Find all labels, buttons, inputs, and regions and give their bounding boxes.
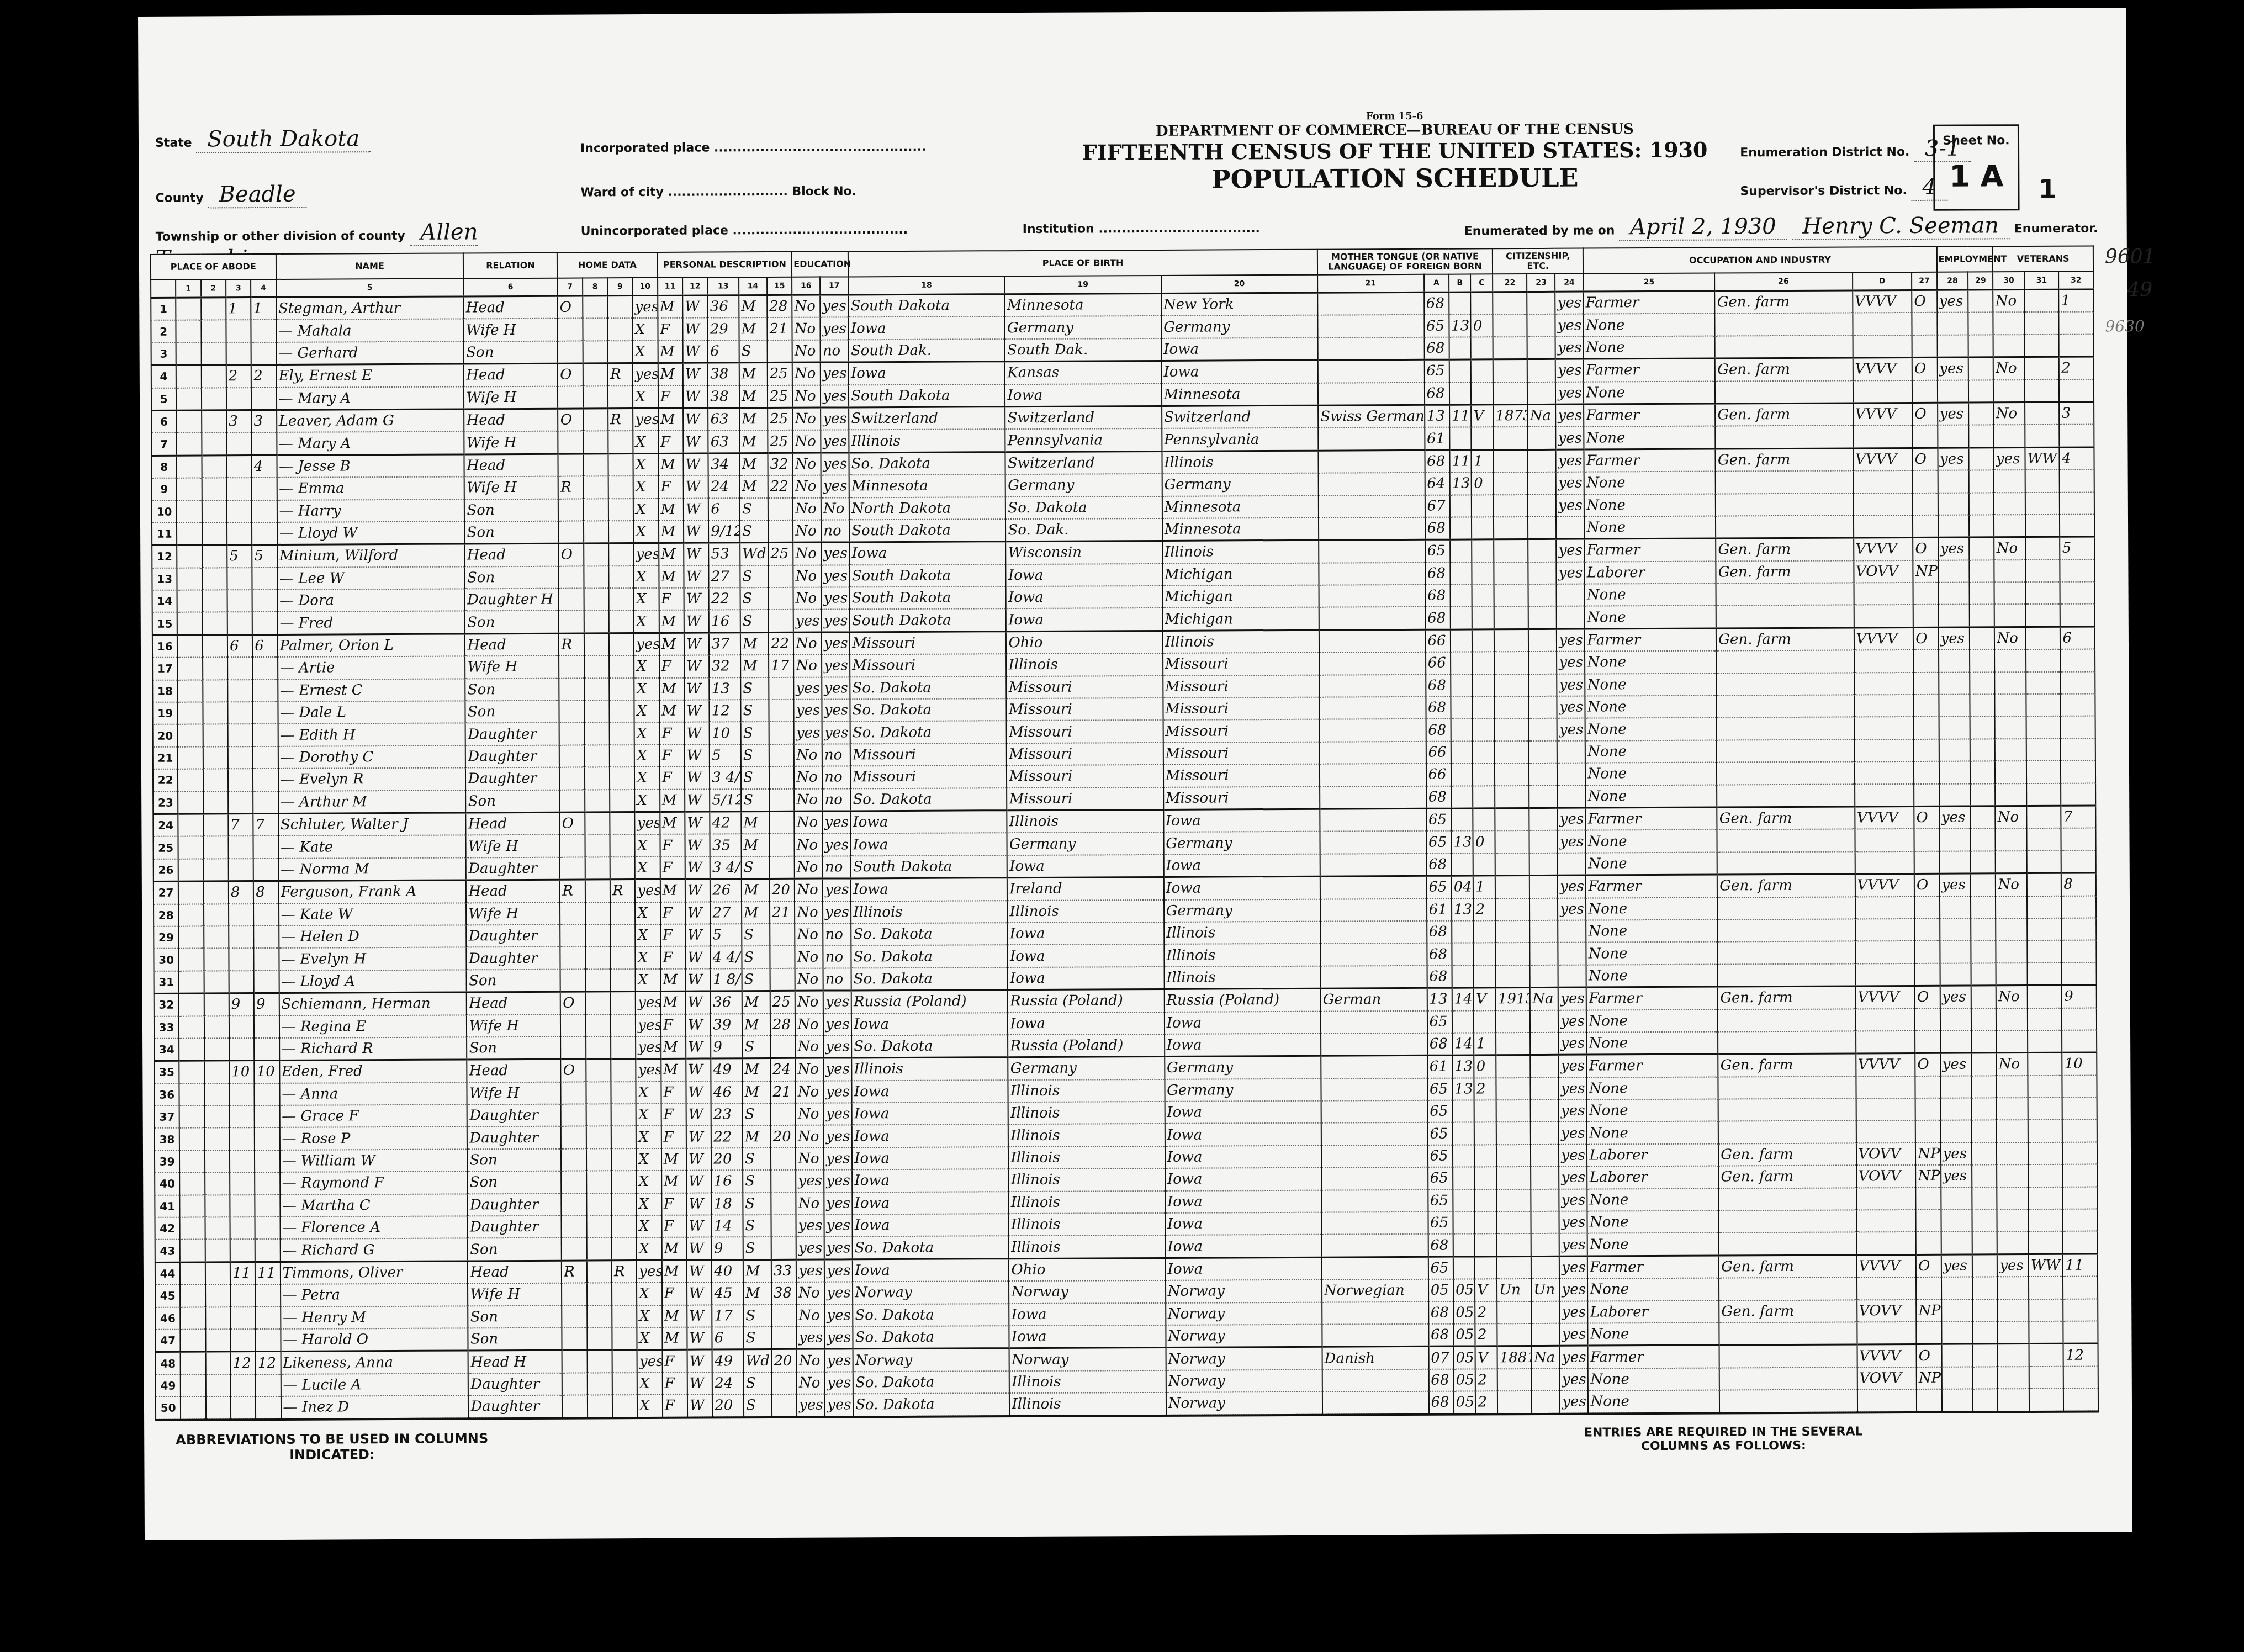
cell-race: W bbox=[685, 834, 710, 857]
cell-own bbox=[559, 656, 584, 679]
cell-war bbox=[2026, 761, 2061, 783]
cell-bpf: Iowa bbox=[1009, 1302, 1166, 1326]
cell-vet: No bbox=[1993, 357, 2025, 380]
cell-blank bbox=[176, 320, 201, 343]
cell-rel: Daughter bbox=[467, 1104, 561, 1127]
cell-blank bbox=[204, 971, 229, 993]
group-citizenship: CITIZENSHIP, ETC. bbox=[1493, 248, 1583, 274]
cell-vet bbox=[1998, 1389, 2029, 1411]
cell-yr bbox=[1494, 517, 1528, 539]
cell-name: — Richard R bbox=[279, 1037, 467, 1060]
cell-work bbox=[1940, 1008, 1971, 1031]
cell-read: yes bbox=[824, 1214, 853, 1237]
cell-age: 20 bbox=[711, 1148, 743, 1171]
township-label: Township or other division of county bbox=[156, 229, 405, 244]
cell-dw: 11 bbox=[230, 1262, 255, 1284]
cell-occ: None bbox=[1586, 1031, 1718, 1055]
cell-blank bbox=[205, 1240, 230, 1262]
cell-dw: 2 bbox=[226, 365, 251, 388]
cell-ind bbox=[1719, 1344, 1857, 1368]
cell-radio bbox=[608, 386, 633, 409]
cell-lang bbox=[1320, 764, 1426, 786]
cell-own bbox=[561, 1126, 586, 1149]
cell-yr bbox=[1494, 495, 1528, 517]
cell-war bbox=[2024, 289, 2058, 312]
cell-race: W bbox=[684, 476, 708, 499]
cell-cls bbox=[1913, 583, 1938, 605]
cell-farm: X bbox=[635, 902, 660, 924]
cell-war bbox=[2026, 806, 2061, 828]
cell-occ: Laborer bbox=[1587, 1166, 1719, 1189]
cell-fs bbox=[2061, 738, 2095, 761]
cell-sex: F bbox=[663, 1395, 687, 1417]
cell-rel: Daughter bbox=[465, 745, 559, 767]
cell-school: No bbox=[795, 901, 823, 924]
cell-eng: yes bbox=[1559, 1279, 1587, 1301]
cell-own: O bbox=[558, 409, 583, 431]
cell-cb bbox=[1453, 1234, 1475, 1257]
cell-age: 40 bbox=[712, 1260, 743, 1283]
cell-ind bbox=[1717, 784, 1854, 807]
cell-occ: None bbox=[1584, 314, 1715, 336]
cell-bpm: Michigan bbox=[1162, 563, 1319, 586]
cell-blank bbox=[178, 791, 203, 814]
cell-mar: M bbox=[739, 317, 767, 340]
institution-label: Institution bbox=[1023, 222, 1094, 236]
cell-ca: 66 bbox=[1426, 741, 1451, 764]
cell-blank bbox=[587, 1305, 612, 1328]
cell-bpm: Pennsylvania bbox=[1162, 428, 1318, 451]
cell-bp: So. Dakota bbox=[850, 721, 1007, 744]
cell-eng: yes bbox=[1559, 1211, 1587, 1234]
cell-radio: R bbox=[612, 1260, 637, 1283]
cell-blank bbox=[1970, 627, 1995, 650]
cell-rel: Head bbox=[464, 296, 558, 319]
cell-cls: O bbox=[1913, 627, 1938, 650]
cell-fam bbox=[255, 1127, 280, 1150]
cell-blank bbox=[202, 388, 226, 410]
cell-blank bbox=[179, 1150, 204, 1173]
cell-work bbox=[1940, 1120, 1972, 1143]
cell-ca: 61 bbox=[1425, 427, 1449, 450]
cell-blank bbox=[1968, 403, 1994, 425]
line-number: 28 bbox=[154, 904, 178, 926]
column-number: 31 bbox=[2024, 272, 2058, 290]
cell-war bbox=[2027, 940, 2061, 963]
cell-occ: None bbox=[1585, 718, 1717, 740]
cell-school: No bbox=[793, 453, 821, 475]
cell-name: — Lloyd W bbox=[277, 521, 465, 544]
cell-school: yes bbox=[796, 1259, 824, 1282]
cell-mar: M bbox=[742, 879, 770, 902]
cell-blank bbox=[205, 1173, 230, 1195]
cell-read: yes bbox=[823, 1013, 851, 1036]
cell-work: yes bbox=[1939, 873, 1971, 896]
cell-occ: None bbox=[1588, 1322, 1719, 1346]
unincorporated-field: Unincorporated place ...................… bbox=[581, 223, 908, 239]
cell-cc bbox=[1472, 629, 1494, 652]
cell-farm: X bbox=[634, 678, 660, 701]
cell-own bbox=[559, 745, 584, 767]
cell-age: 27 bbox=[709, 565, 740, 588]
cell-cc bbox=[1472, 427, 1494, 450]
cell-cc bbox=[1473, 786, 1495, 808]
cell-blank bbox=[586, 1238, 611, 1261]
cell-blank bbox=[202, 410, 226, 433]
cell-vet bbox=[1996, 783, 2027, 806]
cell-lang bbox=[1321, 1100, 1428, 1123]
cell-sex: M bbox=[659, 633, 684, 655]
cell-radio: R bbox=[608, 363, 633, 386]
incorporated-field: Incorporated place .....................… bbox=[580, 140, 927, 156]
cell-eng: yes bbox=[1558, 1032, 1586, 1055]
margin-note: 9601 bbox=[2105, 245, 2156, 268]
column-number: B bbox=[1449, 274, 1471, 292]
cell-rel: Daughter bbox=[467, 947, 560, 970]
cell-mar: S bbox=[740, 520, 768, 543]
cell-cc bbox=[1472, 584, 1494, 607]
cell-own bbox=[562, 1373, 587, 1395]
column-number: 19 bbox=[1004, 276, 1161, 294]
cell-cc: V bbox=[1472, 405, 1494, 427]
cell-cd bbox=[1856, 1098, 1915, 1121]
title-block: Form 15-6 DEPARTMENT OF COMMERCE—BUREAU … bbox=[1077, 109, 1713, 195]
cell-war bbox=[2028, 1008, 2062, 1030]
cell-lang bbox=[1321, 1167, 1428, 1190]
cell-name: — Dale L bbox=[278, 701, 465, 724]
cell-read: yes bbox=[824, 1237, 853, 1259]
cell-yr bbox=[1497, 1211, 1531, 1234]
cell-rel: Wife H bbox=[464, 476, 558, 499]
cell-blank bbox=[203, 859, 228, 881]
cell-bpf: Iowa bbox=[1006, 586, 1162, 609]
cell-bp: Iowa bbox=[851, 878, 1007, 901]
cell-blank bbox=[178, 680, 203, 702]
cell-school: No bbox=[793, 497, 821, 520]
cell-dw bbox=[227, 568, 252, 590]
cell-fam bbox=[253, 859, 279, 881]
cell-rel: Head bbox=[466, 880, 560, 903]
cell-yr bbox=[1495, 808, 1529, 831]
sheet-value: 1 A bbox=[1935, 158, 2018, 194]
cell-bp: South Dak. bbox=[849, 339, 1005, 362]
line-number: 37 bbox=[155, 1106, 179, 1129]
cell-ca: 65 bbox=[1426, 831, 1451, 854]
cell-work bbox=[1938, 425, 1969, 448]
cell-fam bbox=[255, 1239, 280, 1262]
cell-bp: So. Dakota bbox=[851, 1035, 1008, 1058]
cell-yr bbox=[1497, 1323, 1531, 1346]
cell-ind bbox=[1718, 1031, 1855, 1054]
cell-sex: F bbox=[660, 856, 685, 879]
cell-own bbox=[560, 835, 585, 857]
cell-eng: yes bbox=[1560, 1391, 1588, 1413]
cell-sex: M bbox=[659, 700, 684, 723]
cell-war bbox=[2028, 1142, 2062, 1165]
cell-radio bbox=[607, 296, 632, 319]
cell-blank bbox=[586, 1126, 611, 1149]
cell-farm: X bbox=[634, 655, 659, 678]
cell-bp: So. Dakota bbox=[851, 967, 1008, 991]
cell-ind: Gen. farm bbox=[1718, 1143, 1856, 1166]
line-number: 43 bbox=[155, 1240, 180, 1262]
cell-lang bbox=[1319, 697, 1426, 719]
cell-blank bbox=[180, 1262, 205, 1285]
cell-name: — Gerhard bbox=[276, 341, 464, 364]
cell-cd: VVVV bbox=[1856, 1254, 1916, 1277]
cell-bp: Iowa bbox=[852, 1102, 1008, 1125]
cell-ca: 68 bbox=[1424, 292, 1449, 315]
cell-name: Leaver, Adam G bbox=[277, 409, 464, 432]
cell-agem bbox=[768, 520, 793, 543]
cell-cc bbox=[1473, 808, 1495, 831]
cell-age: 63 bbox=[708, 408, 739, 431]
group-relation: RELATION bbox=[463, 253, 557, 279]
group-occupation: OCCUPATION AND INDUSTRY bbox=[1583, 247, 1936, 274]
line-number: 8 bbox=[151, 456, 176, 478]
cell-farm: X bbox=[635, 834, 660, 857]
cell-farm: yes bbox=[634, 633, 659, 655]
line-number: 10 bbox=[152, 500, 177, 523]
cell-blank bbox=[587, 1327, 612, 1350]
cell-ind bbox=[1719, 1322, 1857, 1345]
cell-sex: M bbox=[658, 408, 683, 431]
cell-ca: 68 bbox=[1425, 562, 1450, 585]
cell-nat bbox=[1528, 652, 1557, 674]
cell-occ: None bbox=[1585, 606, 1716, 629]
cell-yr bbox=[1497, 1233, 1531, 1256]
cell-ind bbox=[1719, 1232, 1856, 1256]
cell-cls: O bbox=[1914, 873, 1939, 896]
cell-blank bbox=[201, 298, 226, 320]
cell-ind bbox=[1716, 515, 1853, 538]
cell-blank bbox=[205, 1307, 230, 1330]
cell-work bbox=[1937, 313, 1968, 335]
sheet-number-box: Sheet No. 1 A bbox=[1933, 124, 2020, 211]
cell-vet bbox=[1997, 1277, 2029, 1299]
cell-dw bbox=[227, 657, 252, 680]
cell-cd bbox=[1856, 1232, 1916, 1254]
column-number bbox=[151, 280, 176, 298]
cell-fam bbox=[256, 1374, 281, 1397]
cell-farm: yes bbox=[633, 408, 658, 431]
cell-nat: Na bbox=[1528, 404, 1556, 427]
cell-war bbox=[2028, 1187, 2062, 1209]
cell-eng: yes bbox=[1555, 314, 1584, 337]
cell-blank bbox=[1968, 290, 1993, 313]
cell-cb bbox=[1453, 1145, 1475, 1167]
cell-ca: 68 bbox=[1427, 943, 1452, 966]
cell-agem bbox=[771, 1215, 796, 1237]
cell-own: R bbox=[562, 1261, 586, 1283]
cell-radio bbox=[611, 1148, 636, 1171]
cell-blank bbox=[1972, 1098, 1997, 1120]
cell-bpm: Germany bbox=[1164, 899, 1320, 922]
cell-war bbox=[2029, 1231, 2063, 1254]
cell-bp: South Dakota bbox=[849, 519, 1005, 542]
cell-work: yes bbox=[1941, 1254, 1972, 1277]
cell-blank bbox=[586, 1193, 611, 1216]
cell-bp: South Dakota bbox=[851, 855, 1007, 878]
cell-age: 49 bbox=[711, 1058, 743, 1081]
cell-race: W bbox=[685, 722, 710, 745]
cell-age: 26 bbox=[710, 879, 742, 902]
margin-note: 49 bbox=[2127, 278, 2152, 301]
cell-ca: 66 bbox=[1425, 629, 1450, 652]
cell-rel: Head bbox=[464, 363, 558, 386]
cell-lang bbox=[1317, 292, 1424, 315]
cell-bpf: Illinois bbox=[1009, 1235, 1165, 1258]
cell-sex: M bbox=[661, 1058, 686, 1081]
cell-work: yes bbox=[1940, 1142, 1972, 1165]
cell-agem bbox=[769, 610, 793, 632]
cell-read: yes bbox=[824, 1282, 853, 1305]
cell-ind bbox=[1719, 1390, 1857, 1412]
cell-name: — Evelyn H bbox=[279, 947, 467, 971]
cell-cd bbox=[1856, 1120, 1915, 1143]
cell-own: O bbox=[558, 296, 583, 319]
cell-farm: X bbox=[634, 745, 660, 767]
cell-fs bbox=[2060, 649, 2095, 672]
cell-vet: yes bbox=[1997, 1254, 2029, 1277]
cell-bpf: Iowa bbox=[1008, 1012, 1164, 1035]
cell-nat bbox=[1529, 718, 1557, 741]
cell-nat bbox=[1529, 808, 1558, 830]
cell-occ: None bbox=[1584, 336, 1715, 359]
cell-war bbox=[2025, 402, 2059, 425]
cell-lang bbox=[1322, 1324, 1428, 1347]
cell-vet bbox=[1994, 425, 2025, 447]
cell-work bbox=[1938, 583, 1970, 605]
cell-ca: 66 bbox=[1426, 652, 1451, 675]
cell-bpm: Iowa bbox=[1165, 1146, 1321, 1169]
cell-ca: 68 bbox=[1424, 382, 1449, 405]
group-veterans: VETERANS bbox=[1993, 246, 2093, 272]
cell-agem bbox=[767, 340, 792, 363]
cell-eng bbox=[1558, 785, 1586, 808]
cell-occ: None bbox=[1586, 942, 1718, 965]
cell-yr bbox=[1496, 1189, 1531, 1212]
cell-own bbox=[562, 1395, 587, 1418]
cell-vet: yes bbox=[1994, 447, 2025, 470]
line-number: 50 bbox=[156, 1397, 181, 1420]
cell-cls bbox=[1913, 672, 1938, 695]
cell-fs bbox=[2061, 850, 2096, 873]
cell-occ: Farmer bbox=[1586, 987, 1718, 1010]
cell-read: yes bbox=[821, 542, 849, 565]
cell-cb bbox=[1451, 629, 1473, 652]
cell-blank bbox=[586, 1059, 611, 1082]
cell-sex: M bbox=[659, 543, 684, 565]
cell-race: W bbox=[683, 431, 708, 453]
cell-dw bbox=[226, 455, 251, 478]
cell-mar: S bbox=[741, 789, 769, 812]
cell-age: 32 bbox=[709, 655, 740, 678]
cell-mar: M bbox=[739, 363, 768, 385]
cell-ind bbox=[1719, 1278, 1856, 1300]
cell-cls bbox=[1915, 941, 1940, 963]
cell-occ: None bbox=[1585, 673, 1717, 696]
cell-cb: 11 bbox=[1449, 450, 1472, 473]
cell-read: no bbox=[821, 340, 849, 362]
cell-cd bbox=[1853, 493, 1913, 516]
entries-title: ENTRIES ARE REQUIRED IN THE SEVERAL COLU… bbox=[1580, 1425, 1867, 1453]
cell-cb bbox=[1451, 764, 1473, 786]
cell-yr: 1881 bbox=[1497, 1346, 1532, 1369]
cell-war bbox=[2028, 1075, 2062, 1098]
cell-blank bbox=[586, 1082, 611, 1104]
cell-blank bbox=[1969, 493, 1994, 515]
cell-ind bbox=[1718, 1099, 1856, 1121]
cell-own bbox=[561, 1082, 586, 1104]
cell-radio bbox=[612, 1395, 637, 1417]
cell-dw: 6 bbox=[227, 634, 252, 657]
line-number: 35 bbox=[154, 1061, 179, 1083]
cell-cb bbox=[1449, 359, 1472, 382]
cell-eng: yes bbox=[1558, 1010, 1586, 1032]
cell-eng: yes bbox=[1559, 1256, 1587, 1279]
cell-blank bbox=[583, 386, 608, 409]
cell-eng: yes bbox=[1556, 494, 1584, 517]
cell-war bbox=[2027, 851, 2061, 873]
cell-dw bbox=[226, 320, 251, 343]
cell-blank bbox=[1969, 560, 1994, 583]
cell-mar: M bbox=[740, 655, 769, 677]
cell-fs bbox=[2059, 334, 2094, 357]
line-number: 27 bbox=[154, 881, 178, 904]
cell-blank bbox=[205, 1329, 230, 1352]
cell-war bbox=[2028, 1164, 2062, 1187]
cell-vet bbox=[1996, 896, 2027, 919]
cell-radio bbox=[608, 476, 633, 499]
cell-fs: 6 bbox=[2060, 627, 2095, 649]
cell-farm: X bbox=[637, 1215, 662, 1238]
cell-bpm: Missouri bbox=[1163, 653, 1319, 676]
cell-cls bbox=[1915, 1008, 1940, 1031]
cell-school: No bbox=[795, 878, 823, 901]
cell-agem: 33 bbox=[771, 1259, 796, 1282]
cell-radio bbox=[611, 1171, 636, 1193]
cell-read: yes bbox=[823, 901, 851, 924]
cell-farm: X bbox=[636, 1082, 661, 1104]
cell-blank bbox=[1972, 1254, 1998, 1277]
column-number: 20 bbox=[1161, 275, 1317, 294]
cell-rel: Daughter bbox=[468, 1373, 562, 1395]
cell-ind: Gen. farm bbox=[1715, 403, 1853, 426]
cell-bp: So. Dakota bbox=[853, 1236, 1009, 1259]
cell-work: yes bbox=[1938, 403, 1969, 425]
cell-fam: 3 bbox=[251, 410, 277, 432]
cell-agem bbox=[769, 788, 794, 811]
cell-war bbox=[2025, 515, 2060, 537]
cell-cls bbox=[1917, 1389, 1941, 1412]
cell-ind: Gen. farm bbox=[1716, 538, 1853, 561]
cell-blank bbox=[203, 814, 228, 836]
cell-cd bbox=[1854, 515, 1913, 538]
cell-rel: Daughter bbox=[466, 857, 560, 880]
cell-bpf: Russia (Poland) bbox=[1008, 989, 1164, 1013]
county-label: County bbox=[155, 191, 204, 205]
cell-fam: 5 bbox=[252, 545, 277, 568]
cell-yr bbox=[1495, 830, 1529, 853]
cell-cls bbox=[1915, 1098, 1940, 1121]
cell-bpf: South Dak. bbox=[1005, 338, 1161, 362]
cell-agem bbox=[771, 1192, 796, 1215]
cell-sex: F bbox=[662, 1350, 687, 1373]
cell-agem bbox=[769, 834, 794, 856]
cell-cc bbox=[1472, 495, 1494, 517]
cell-war bbox=[2025, 537, 2060, 560]
